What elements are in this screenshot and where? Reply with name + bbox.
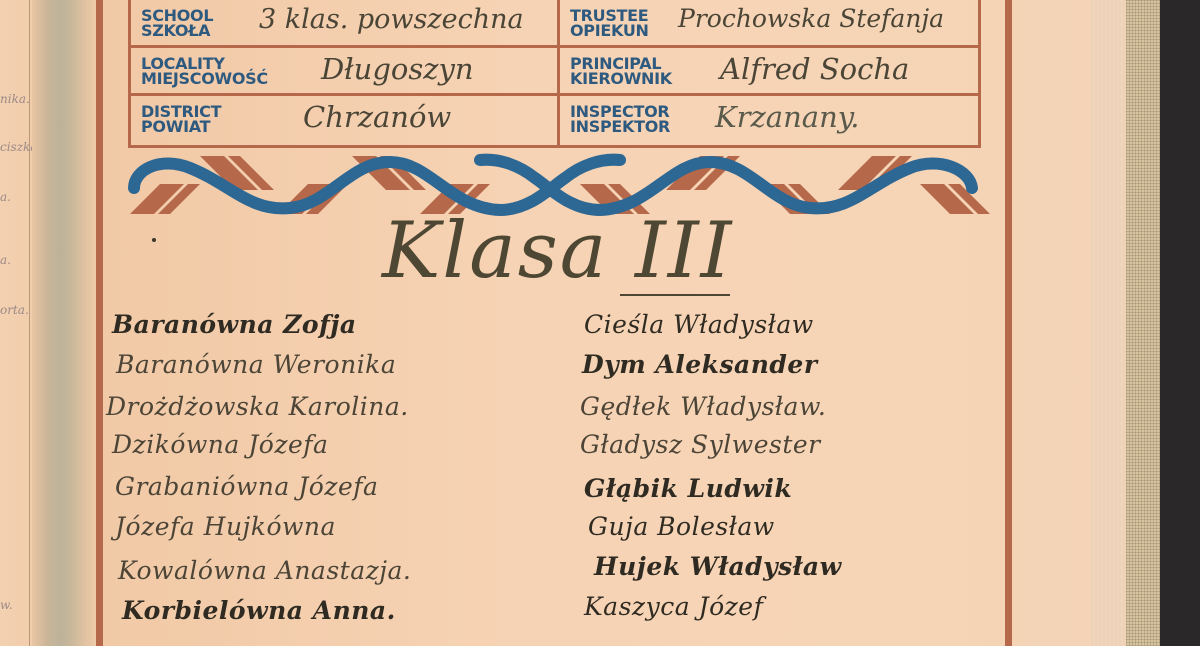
page-fragment: nika. xyxy=(0,92,30,106)
class-title: Klasa III xyxy=(382,206,733,296)
label-pl: KIEROWNIK xyxy=(570,71,672,86)
student-entry: Cieśla Władysław xyxy=(584,310,814,339)
page-frame-left xyxy=(96,0,103,646)
field-school: SCHOOL SZKOŁA 3 klas. powszechna xyxy=(131,0,557,48)
label-pl: INSPEKTOR xyxy=(570,119,670,134)
page-fragment: a. xyxy=(0,190,11,204)
book-gutter xyxy=(32,0,96,646)
page-fragment: orta. xyxy=(0,303,29,317)
district-value: Chrzanów xyxy=(303,100,451,134)
field-principal: PRINCIPAL KIEROWNIK Alfred Socha xyxy=(560,48,981,96)
field-inspector: INSPECTOR INSPEKTOR Krzanany. xyxy=(560,96,981,141)
page-fragment: w. xyxy=(0,598,13,612)
previous-page-edge: nika. ciszka a. a. orta. w. xyxy=(0,0,32,646)
field-label: DISTRICT POWIAT xyxy=(141,104,221,134)
school-info-table: SCHOOL SZKOŁA 3 klas. powszechna LOCALIT… xyxy=(128,0,981,148)
student-entry: Korbielówna Anna. xyxy=(122,596,396,625)
student-entry: Dzikówna Józefa xyxy=(112,430,328,459)
student-entry: Grabaniówna Józefa xyxy=(115,472,378,501)
field-label: SCHOOL SZKOŁA xyxy=(141,8,213,38)
principal-value: Alfred Socha xyxy=(720,52,909,86)
student-entry: Gładysz Sylwester xyxy=(580,430,821,459)
student-entry: Hujek Władysław xyxy=(594,552,842,581)
title-underline xyxy=(620,294,730,296)
ink-dot xyxy=(152,238,156,242)
field-label: PRINCIPAL KIEROWNIK xyxy=(570,56,672,86)
student-entry: Gędłek Władysław. xyxy=(580,392,826,421)
label-pl: SZKOŁA xyxy=(141,23,213,38)
student-entry: Guja Bolesław xyxy=(588,512,775,541)
student-entry: Baranówna Weronika xyxy=(116,350,396,379)
field-district: DISTRICT POWIAT Chrzanów xyxy=(131,96,557,141)
book-cloth-binding xyxy=(1126,0,1160,646)
field-label: LOCALITY MIEJSCOWOŚĆ xyxy=(141,56,268,86)
page-frame-right xyxy=(1005,0,1012,646)
locality-value: Długoszyn xyxy=(321,52,474,86)
info-column-right: TRUSTEE OPIEKUN Prochowska Stefanja PRIN… xyxy=(557,0,981,145)
field-label: INSPECTOR INSPEKTOR xyxy=(570,104,670,134)
label-pl: MIEJSCOWOŚĆ xyxy=(141,71,268,86)
field-label: TRUSTEE OPIEKUN xyxy=(570,8,649,38)
field-trustee: TRUSTEE OPIEKUN Prochowska Stefanja xyxy=(560,0,981,48)
student-entry: Drożdżowska Karolina. xyxy=(106,392,409,421)
book-cover xyxy=(1160,0,1200,646)
info-column-left: SCHOOL SZKOŁA 3 klas. powszechna LOCALIT… xyxy=(131,0,557,145)
label-pl: OPIEKUN xyxy=(570,23,649,38)
page-fragment: a. xyxy=(0,253,11,267)
student-entry: Józefa Hujkówna xyxy=(115,512,336,541)
student-entry: Dym Aleksander xyxy=(582,350,818,379)
student-entry: Baranówna Zofja xyxy=(112,310,357,339)
student-entry: Kowalówna Anastazja. xyxy=(118,556,411,585)
trustee-value: Prochowska Stefanja xyxy=(678,4,944,33)
student-entry: Głąbik Ludwik xyxy=(584,474,792,503)
field-locality: LOCALITY MIEJSCOWOŚĆ Długoszyn xyxy=(131,48,557,96)
inspector-signature: Krzanany. xyxy=(715,100,860,134)
label-pl: POWIAT xyxy=(141,119,221,134)
student-entry: Kaszyca Józef xyxy=(584,592,763,621)
school-value: 3 klas. powszechna xyxy=(259,4,524,35)
